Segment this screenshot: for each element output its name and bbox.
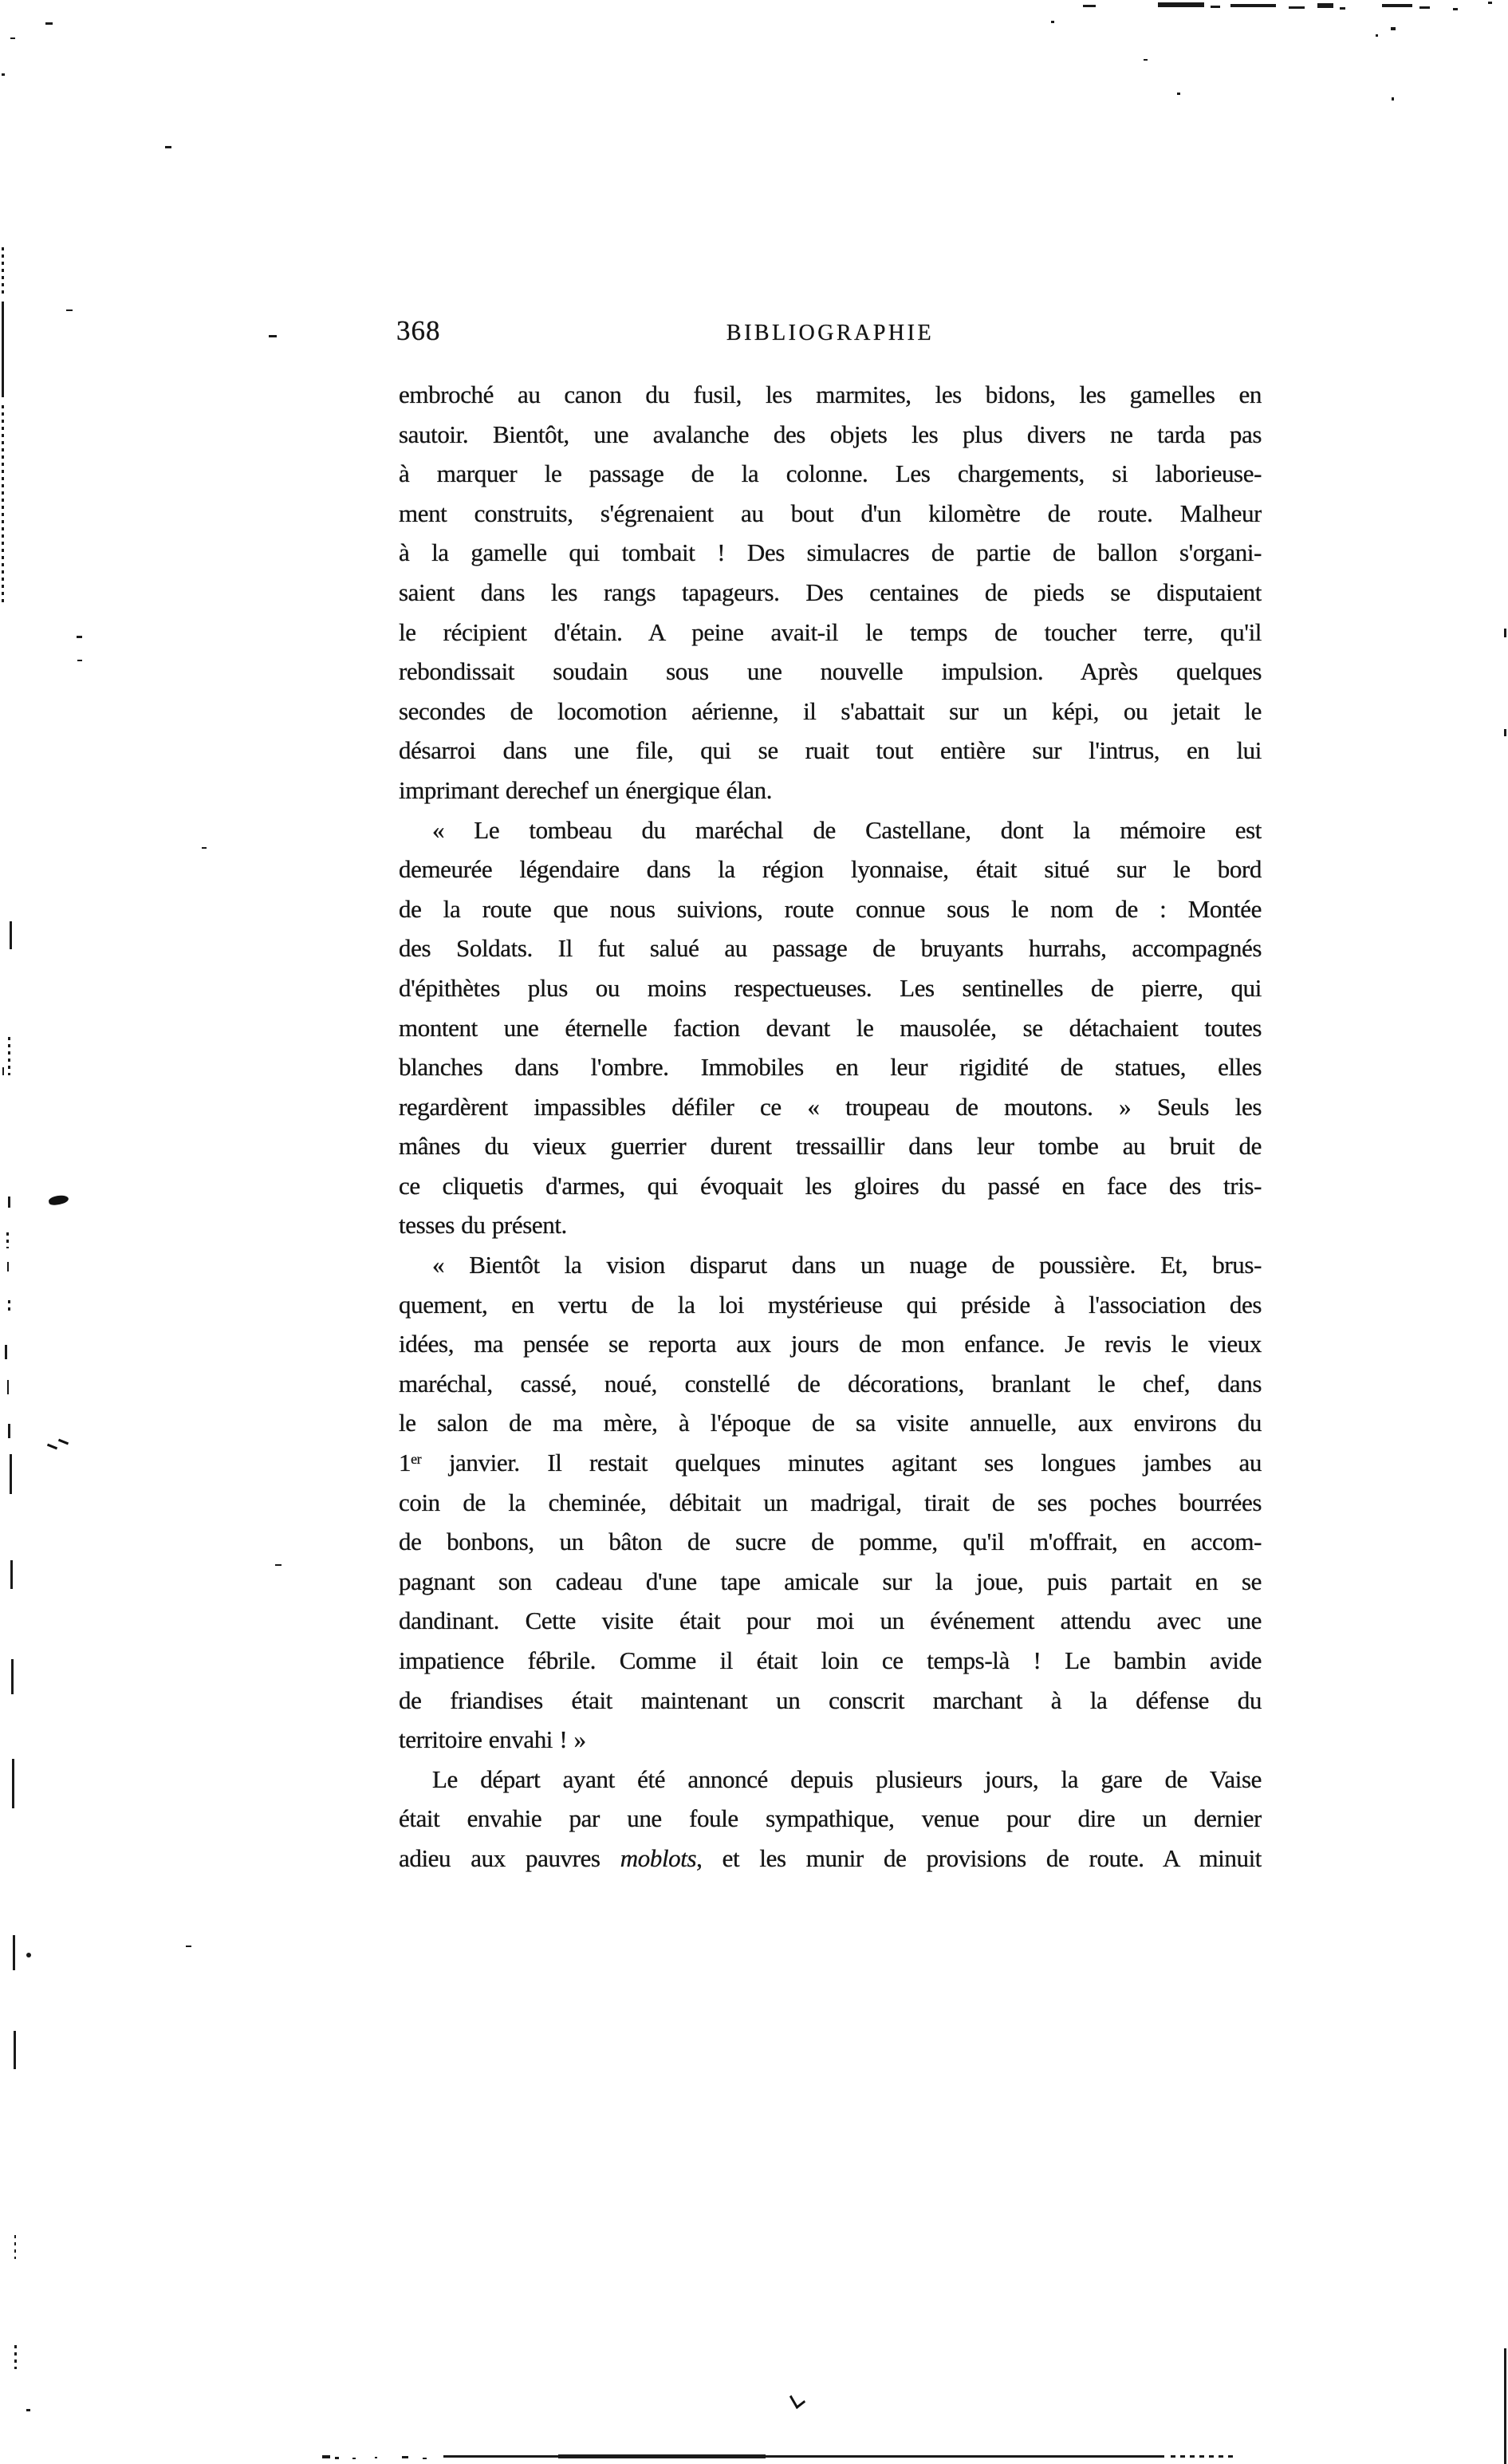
scanned-book-page: 368 BIBLIOGRAPHIE embroché au canon du f…: [0, 0, 1508, 2464]
scan-artifact: [335, 2457, 339, 2459]
text-line: « Le tombeau du maréchal de Castellane, …: [399, 810, 1262, 850]
scan-artifact: [14, 2235, 16, 2259]
text-line: demeurée légendaire dans la région lyonn…: [399, 850, 1262, 889]
text-line: pagnant son cadeau d'une tape amicale su…: [399, 1562, 1262, 1602]
scan-artifact: [269, 335, 277, 337]
scan-artifact: [1317, 3, 1333, 8]
text-line: le récipient d'étain. A peine avait-il l…: [399, 613, 1262, 652]
scan-artifact: [8, 1424, 10, 1438]
scan-artifact: [6, 1232, 9, 1248]
scan-artifact: [10, 1560, 13, 1589]
text-line: 1er janvier. Il restait quelques minutes…: [399, 1443, 1262, 1483]
scan-artifact: [1230, 4, 1276, 7]
scan-artifact: [2, 405, 4, 603]
scan-artifact: [1392, 97, 1394, 101]
text-line: Le départ ayant été annoncé depuis plusi…: [399, 1760, 1262, 1800]
scan-artifact: [8, 1197, 10, 1208]
scan-artifact: [14, 2031, 16, 2069]
scan-artifact: [12, 1759, 14, 1808]
text-line: le salon de ma mère, à l'époque de sa vi…: [399, 1403, 1262, 1443]
text-line: désarroi dans une file, qui se ruait tou…: [399, 731, 1262, 771]
scan-artifact: [77, 660, 82, 661]
text-line: de bonbons, un bâton de sucre de pomme, …: [399, 1522, 1262, 1562]
scan-artifact: [375, 2457, 377, 2458]
scan-artifact: [2, 73, 5, 76]
text-line: saient dans les rangs tapageurs. Des cen…: [399, 573, 1262, 613]
scan-artifact: [26, 2409, 30, 2411]
text-line: mânes du vieux guerrier durent tressaill…: [399, 1126, 1262, 1166]
scan-artifact: [1083, 5, 1096, 7]
text-line: dandinant. Cette visite était pour moi u…: [399, 1601, 1262, 1641]
text-line: idées, ma pensée se reporta aux jours de…: [399, 1324, 1262, 1364]
scan-artifact: [45, 22, 53, 25]
scan-artifact: [1340, 7, 1345, 10]
scan-artifact: [1177, 93, 1180, 95]
text-line: coin de la cheminée, débitait un madriga…: [399, 1483, 1262, 1523]
scan-artifact: [8, 1300, 10, 1313]
scan-artifact: [26, 1953, 31, 1957]
scan-artifact: [352, 2458, 356, 2459]
scan-artifact: [11, 1659, 14, 1694]
scan-artifact: [1289, 6, 1305, 9]
text-line: à la gamelle qui tombait ! Des simulacre…: [399, 533, 1262, 573]
scan-artifact: [1051, 21, 1054, 23]
text-line: sautoir. Bientôt, une avalanche des obje…: [399, 415, 1262, 455]
scan-artifact: [2, 1067, 4, 1075]
text-line: de friandises était maintenant un conscr…: [399, 1681, 1262, 1721]
scan-artifact: [1453, 8, 1458, 10]
scan-artifact: [5, 1345, 7, 1359]
scan-tick-mark: [789, 2390, 805, 2409]
scan-artifact: [10, 921, 12, 949]
text-line: ment construits, s'égrenaient au bout d'…: [399, 494, 1262, 534]
scan-artifact: [1419, 6, 1430, 9]
text-line: de la route que nous suivions, route con…: [399, 889, 1262, 929]
scan-artifact: [1504, 629, 1506, 637]
running-head: BIBLIOGRAPHIE: [399, 319, 1262, 348]
scan-artifact: [1504, 2348, 1506, 2464]
text-line: était envahie par une foule sympathique,…: [399, 1799, 1262, 1839]
scan-artifact: [202, 847, 207, 849]
scan-artifact: [165, 146, 171, 148]
scan-artifact: [558, 2454, 766, 2458]
text-line: embroché au canon du fusil, les marmites…: [399, 375, 1262, 415]
text-line: ce cliquetis d'armes, qui évoquait les g…: [399, 1166, 1262, 1206]
scan-artifact: [322, 2455, 330, 2458]
scan-artifact: [1211, 6, 1220, 8]
scan-artifact: [7, 1380, 9, 1394]
text-line: à marquer le passage de la colonne. Les …: [399, 454, 1262, 494]
scan-artifact: [14, 2345, 17, 2369]
scan-artifact: [1376, 34, 1378, 37]
text-line: maréchal, cassé, noué, constellé de déco…: [399, 1364, 1262, 1404]
scan-artifact: [10, 37, 15, 39]
scan-artifact: [423, 2458, 427, 2459]
scan-artifact: [10, 1454, 12, 1494]
scan-artifact: [1391, 27, 1396, 30]
text-line: d'épithètes plus ou moins respectueuses.…: [399, 968, 1262, 1008]
scan-artifact: [1171, 2455, 1234, 2458]
text-line: adieu aux pauvres moblots, et les munir …: [399, 1839, 1262, 1879]
text-line: territoire envahi ! »: [399, 1720, 1262, 1760]
scan-artifact: [1488, 2, 1492, 4]
scan-artifact: [66, 309, 73, 311]
text-line: impatience fébrile. Comme il était loin …: [399, 1641, 1262, 1681]
scan-artifact: [1504, 729, 1506, 736]
scan-artifact: [13, 1935, 15, 1970]
scan-artifact: [186, 1946, 191, 1947]
text-line: montent une éternelle faction devant le …: [399, 1008, 1262, 1048]
scan-artifact: [1144, 59, 1148, 61]
text-line: des Soldats. Il fut salué au passage de …: [399, 928, 1262, 968]
text-line: tesses du présent.: [399, 1205, 1262, 1245]
scan-artifact: [7, 1262, 9, 1271]
scan-artifact: [402, 2456, 408, 2458]
scan-artifact: [443, 2455, 1164, 2458]
text-line: « Bientôt la vision disparut dans un nua…: [399, 1245, 1262, 1285]
scan-artifact: [275, 1564, 282, 1566]
scan-artifact: [8, 1037, 10, 1075]
text-line: imprimant derechef un énergique élan.: [399, 771, 1262, 810]
text-block: embroché au canon du fusil, les marmites…: [399, 375, 1262, 1879]
scan-artifact: [1158, 2, 1204, 7]
text-line: rebondissait soudain sous une nouvelle i…: [399, 652, 1262, 692]
scan-artifact: [1382, 4, 1412, 7]
scan-artifact: [77, 636, 82, 638]
text-line: quement, en vertu de la loi mystérieuse …: [399, 1285, 1262, 1325]
scan-artifact: [2, 302, 4, 397]
scan-ink-blob: [48, 1194, 69, 1206]
text-line: blanches dans l'ombre. Immobiles en leur…: [399, 1047, 1262, 1087]
text-line: regardèrent impassibles défiler ce « tro…: [399, 1087, 1262, 1127]
text-line: secondes de locomotion aérienne, il s'ab…: [399, 692, 1262, 731]
scan-artifact: [2, 247, 4, 297]
